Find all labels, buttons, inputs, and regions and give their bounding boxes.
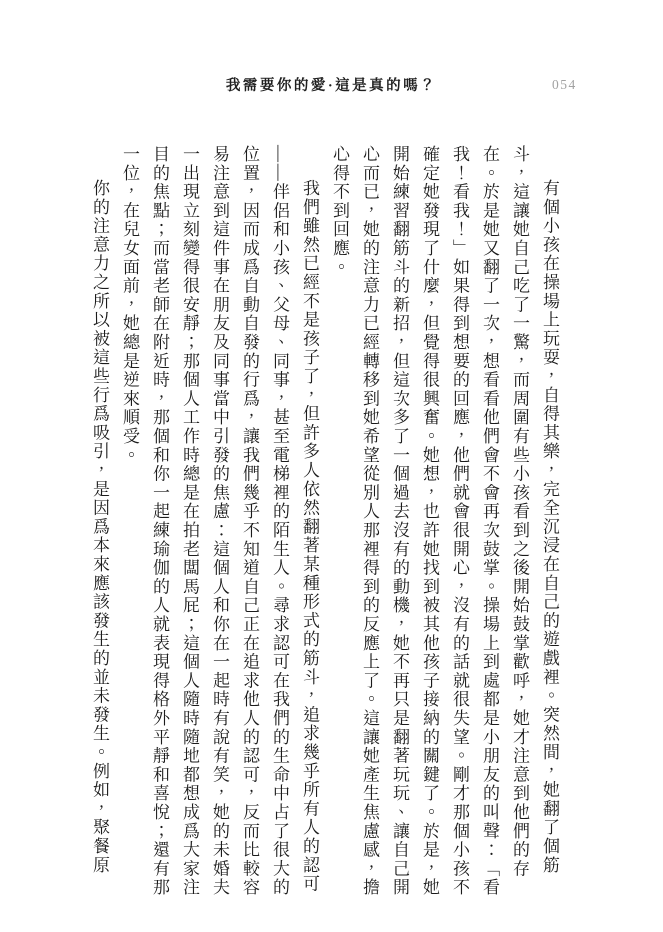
paragraph-2: 我們雖然已經不是孩子了，但許多人依然翻著某種形式的筋斗，追求幾乎所有人的認可——…	[114, 145, 324, 901]
paragraph-1: 有個小孩在操場上玩耍，自得其樂，完全沉浸在自己的遊戲裡。突然間，她翻了個筋斗，這…	[324, 145, 564, 901]
paragraph-3: 你的注意力之所以被這些行爲吸引，是因爲本來應該發生的並未發生。例如，聚餐原	[84, 145, 114, 901]
page-number: 054	[552, 77, 577, 93]
body-text: 有個小孩在操場上玩耍，自得其樂，完全沉浸在自己的遊戲裡。突然間，她翻了個筋斗，這…	[84, 145, 564, 901]
book-page: 我需要你的愛·這是真的嗎？ 054 有個小孩在操場上玩耍，自得其樂，完全沉浸在自…	[0, 0, 663, 932]
